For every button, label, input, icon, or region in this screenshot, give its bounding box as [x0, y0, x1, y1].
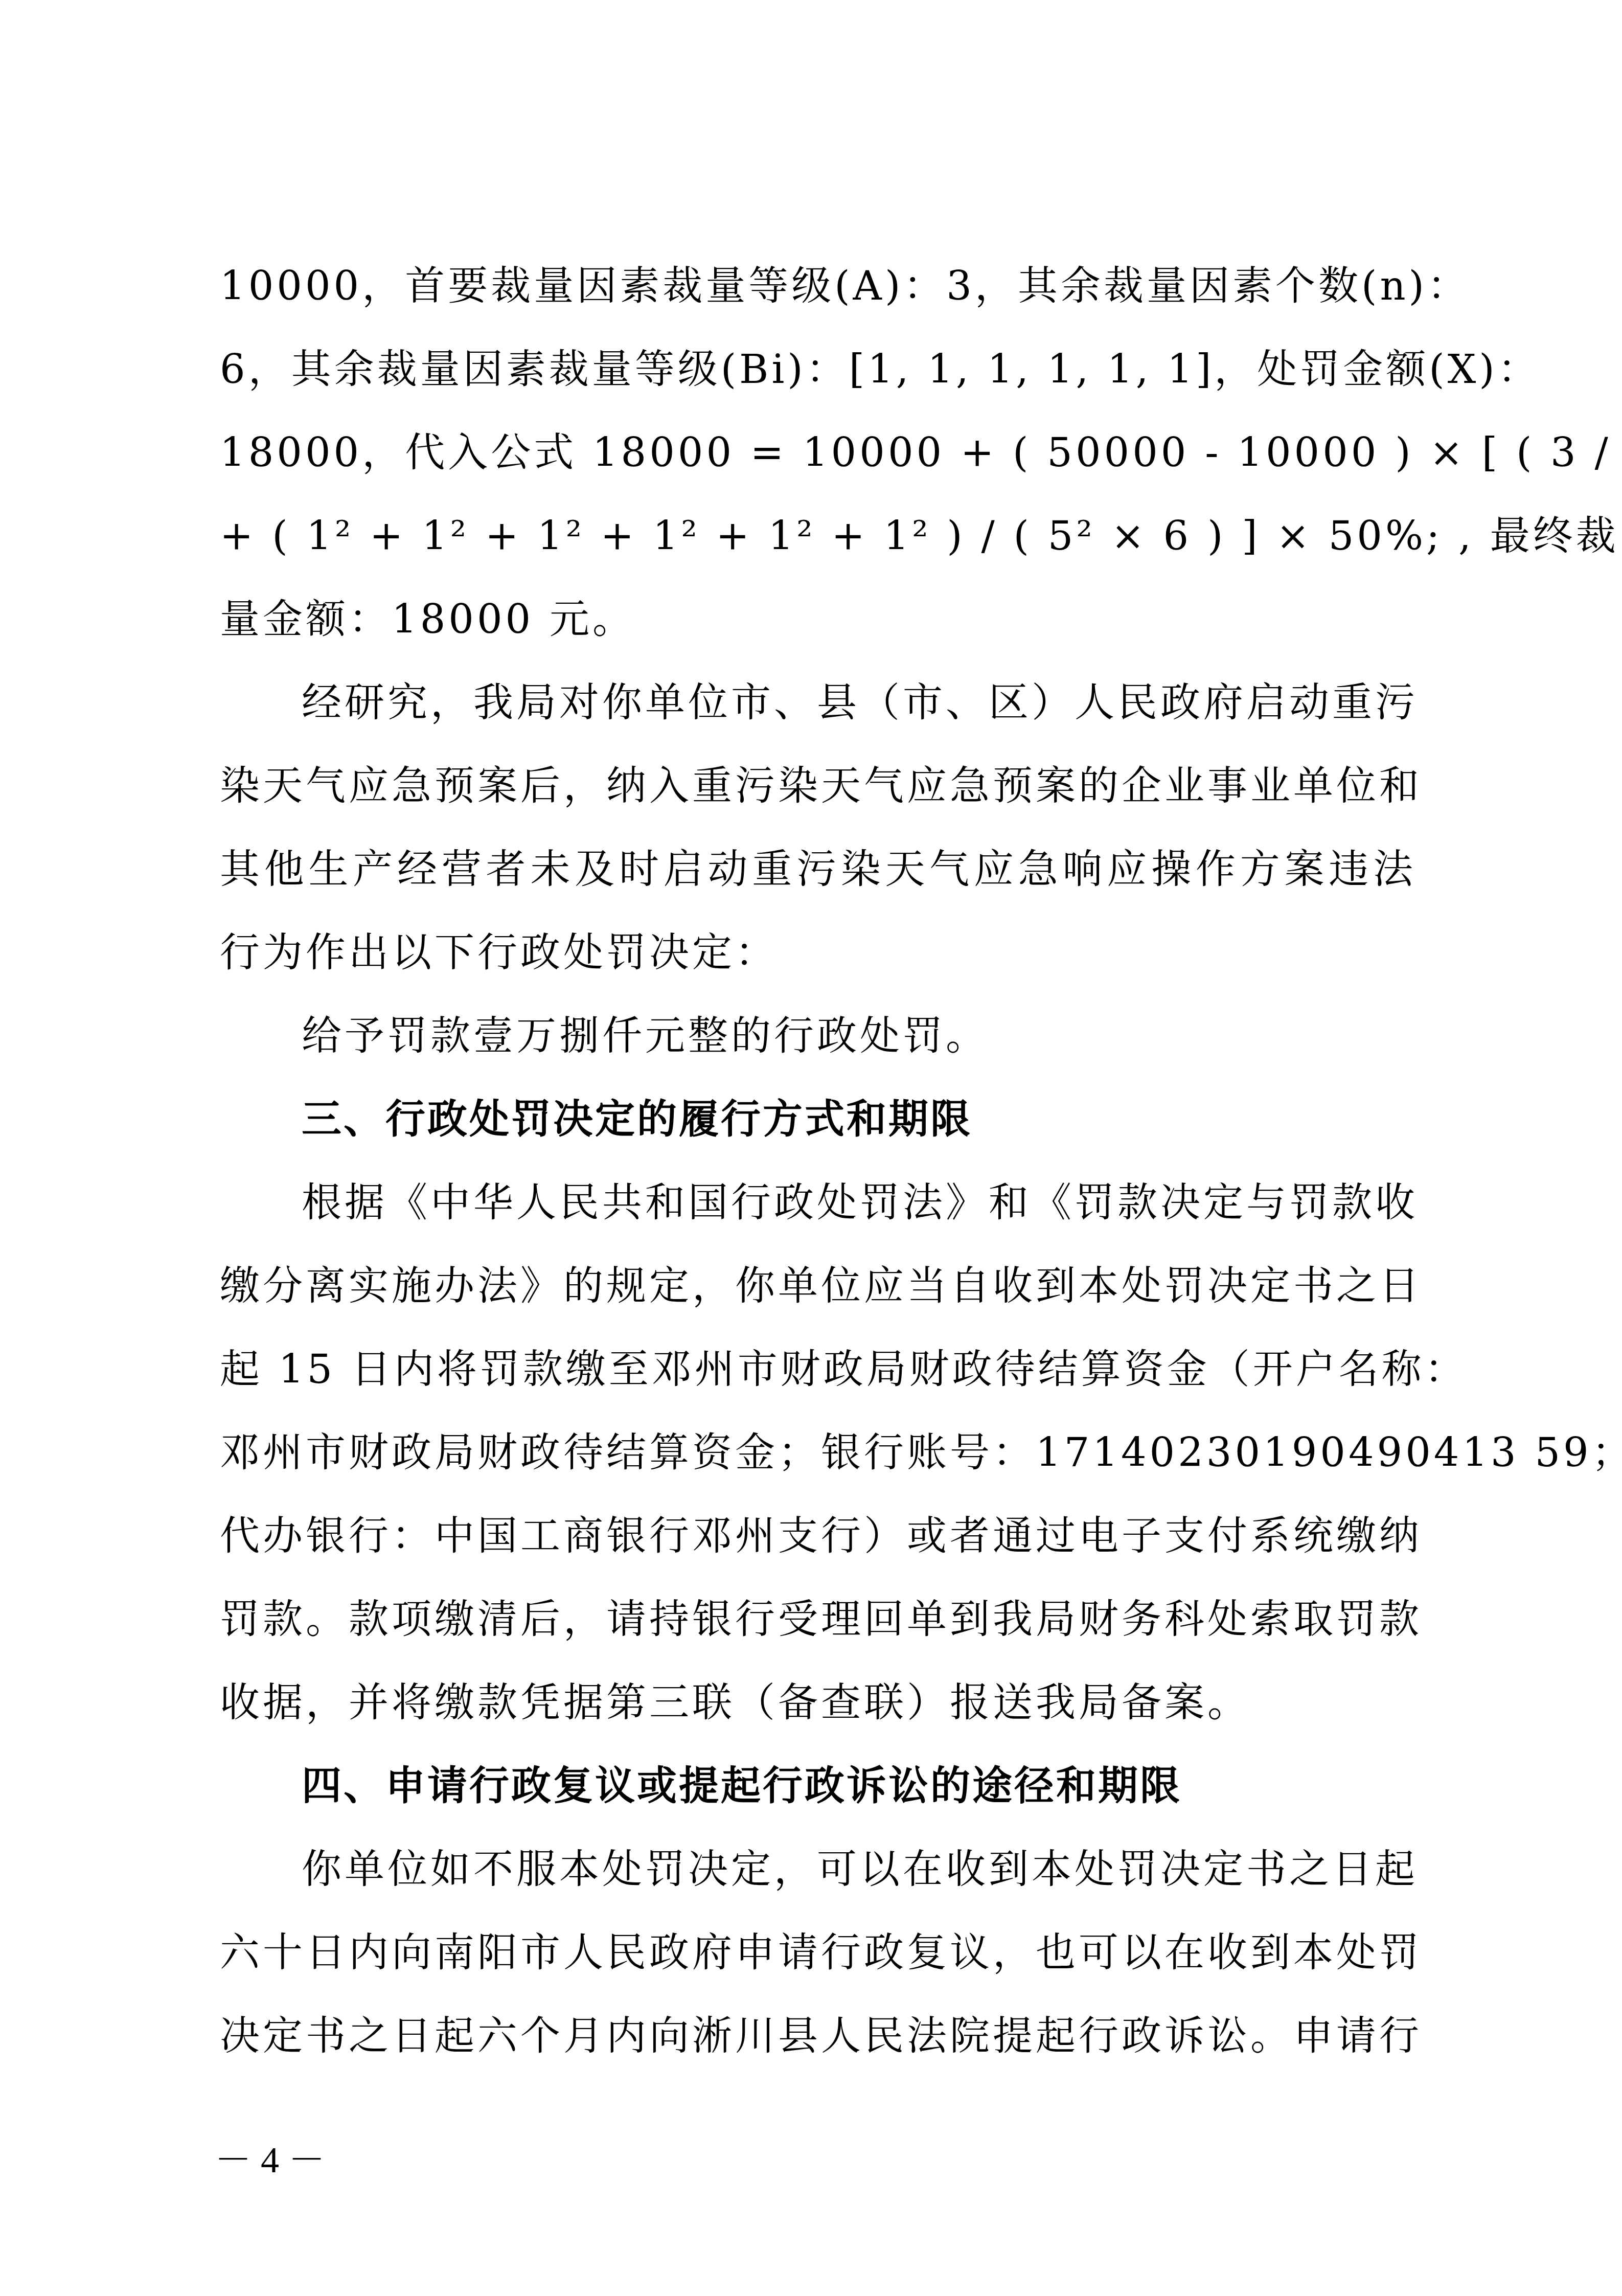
text-line: 起 15 日内将罚款缴至邓州市财政局财政待结算资金（开户名称： — [220, 1344, 1416, 1395]
section-heading-4: 四、申请行政复议或提起行政诉讼的途径和期限 — [302, 1761, 1182, 1812]
text-line: 6，其余裁量因素裁量等级(Bi)：[1, 1, 1, 1, 1, 1]，处罚金额… — [220, 344, 1416, 395]
text-line: + ( 1² + 1² + 1² + 1² + 1² + 1² ) / ( 5²… — [220, 511, 1416, 562]
section-heading-3: 三、行政处罚决定的履行方式和期限 — [302, 1094, 972, 1145]
penalty-decision: 给予罚款壹万捌仟元整的行政处罚。 — [302, 1011, 1416, 1062]
text-line: 18000，代入公式 18000 = 10000 + ( 50000 - 100… — [220, 427, 1416, 479]
document-page: 10000，首要裁量因素裁量等级(A)：3，其余裁量因素个数(n)： 6，其余裁… — [0, 0, 1622, 2296]
text-line: 代办银行：中国工商银行邓州支行）或者通过电子支付系统缴纳 — [220, 1511, 1416, 1562]
text-line: 量金额：18000 元。 — [220, 594, 1416, 645]
bank-account-line: 邓州市财政局财政待结算资金；银行账号：17140230190490413 59； — [220, 1427, 1416, 1479]
page-number: － 4 － — [215, 2137, 325, 2183]
text-line: 罚款。款项缴清后，请持银行受理回单到我局财务科处索取罚款 — [220, 1594, 1416, 1645]
text-line: 其他生产经营者未及时启动重污染天气应急响应操作方案违法 — [220, 844, 1416, 895]
paragraph-start: 你单位如不服本处罚决定，可以在收到本处罚决定书之日起 — [302, 1844, 1416, 1895]
text-line: 决定书之日起六个月内向淅川县人民法院提起行政诉讼。申请行 — [220, 2011, 1416, 2062]
paragraph-start: 根据《中华人民共和国行政处罚法》和《罚款决定与罚款收 — [302, 1177, 1416, 1229]
text-line: 六十日内向南阳市人民政府申请行政复议，也可以在收到本处罚 — [220, 1927, 1416, 1979]
paragraph-start: 经研究，我局对你单位市、县（市、区）人民政府启动重污 — [302, 677, 1416, 729]
text-line: 收据，并将缴款凭据第三联（备查联）报送我局备案。 — [220, 1677, 1416, 1729]
text-line: 染天气应急预案后，纳入重污染天气应急预案的企业事业单位和 — [220, 761, 1416, 812]
text-line: 缴分离实施办法》的规定，你单位应当自收到本处罚决定书之日 — [220, 1261, 1416, 1312]
text-line: 10000，首要裁量因素裁量等级(A)：3，其余裁量因素个数(n)： — [220, 261, 1416, 312]
text-line: 行为作出以下行政处罚决定： — [220, 927, 1416, 979]
